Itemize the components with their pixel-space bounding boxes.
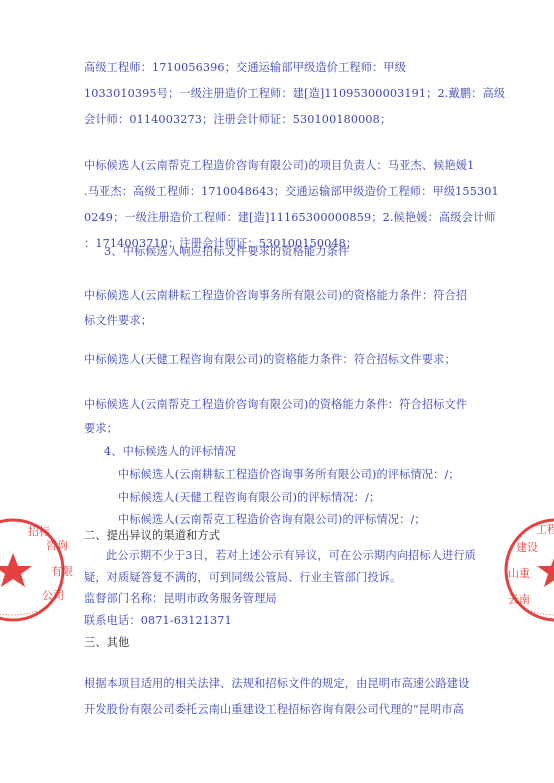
text-line: 疑，对质疑答复不满的，可到同级公管局、行业主管部门投诉。 [84, 571, 401, 585]
text-line: 开发股份有限公司委托云南山重建设工程招标咨询有限公司代理的“昆明市高 [84, 703, 464, 717]
text-line: 1033010395号；一级注册造价工程师：建[造]11095300003191… [84, 87, 505, 101]
section-heading: 二、提出异议的渠道和方式 [84, 529, 220, 543]
svg-text:云南: 云南 [508, 593, 530, 606]
subsection-heading: 4、中标候选人的评标情况 [104, 445, 236, 459]
text-line: 根据本项目适用的相关法律、法规和招标文件的规定，由昆明市高速公路建设 [84, 677, 469, 691]
svg-text:公司: 公司 [42, 589, 64, 602]
text-line: .马亚杰：高级工程师：1710048643；交通运输部甲级造价工程师：甲级155… [84, 185, 499, 199]
text-line: 会计师：0114003273；注册会计师证：530100180008； [84, 113, 391, 127]
text-line: 中标候选人(云南耕耘工程造价咨询事务所有限公司)的资格能力条件：符合招 [84, 289, 467, 303]
svg-text:招标: 招标 [28, 524, 51, 538]
phone-label: 联系电话：0871-63121371 [84, 614, 232, 628]
text-line: 中标候选人(云南帮克工程造价咨询有限公司)的项目负责人：马亚杰、候艳媛1 [84, 159, 474, 173]
text-line: 要求； [84, 422, 118, 436]
subsection-heading: 3、中标候选人响应招标文件要求的资格能力条件 [104, 245, 349, 259]
section-heading: 三、其他 [84, 636, 129, 650]
text-line: 标文件要求； [84, 314, 152, 328]
svg-text:建设: 建设 [516, 540, 538, 554]
text-line: 0249；一级注册造价工程师：建[造]11165300000859；2.候艳媛：… [84, 211, 496, 225]
text-line: 高级工程师：1710056396；交通运输部甲级造价工程师：甲级 [84, 61, 406, 75]
svg-text:有限: 有限 [51, 565, 73, 578]
text-line: 中标候选人(云南耕耘工程造价咨询事务所有限公司)的评标情况：/； [118, 468, 460, 482]
text-line: 中标候选人(天健工程咨询有限公司)的资格能力条件：符合招标文件要求； [84, 353, 456, 367]
supervisor-label: 监督部门名称：昆明市政务服务管理局 [84, 592, 277, 606]
svg-text:工程: 工程 [536, 522, 554, 536]
svg-text:咨询: 咨询 [46, 539, 68, 552]
svg-text:山重: 山重 [508, 566, 530, 580]
text-line: 中标候选人(云南帮克工程造价咨询有限公司)的资格能力条件：符合招标文件 [84, 398, 467, 412]
text-line: 中标候选人(云南帮克工程造价咨询有限公司)的评标情况：/； [118, 513, 426, 527]
document-page: 高级工程师：1710056396；交通运输部甲级造价工程师：甲级 1033010… [0, 0, 554, 783]
company-seal-right: 云南 山重 建设 工程 [496, 515, 554, 625]
text-line: 此公示期不少于3日，若对上述公示有异议，可在公示期内向招标人进行质 [106, 549, 476, 563]
text-line: 中标候选人(天健工程咨询有限公司)的评标情况：/； [118, 491, 380, 505]
company-seal-left: 招标 咨询 有限 公司 [0, 515, 78, 625]
